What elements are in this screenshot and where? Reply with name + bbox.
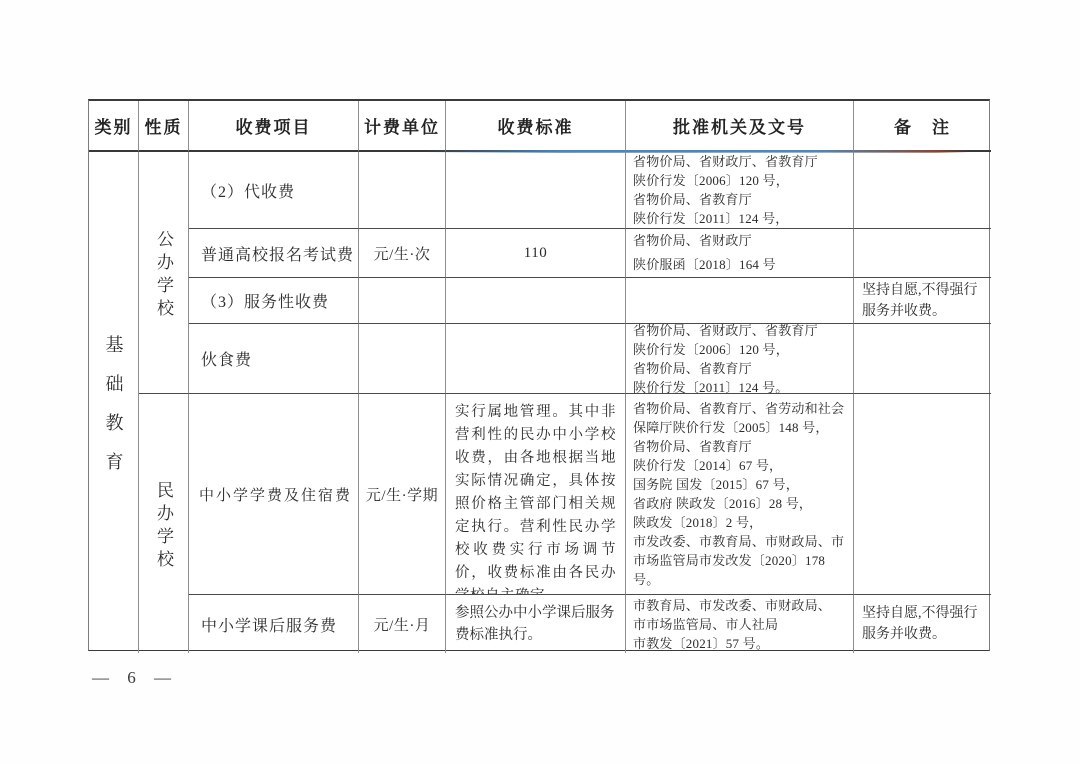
row-item: （3）服务性收费 xyxy=(189,278,359,324)
nature-public-cell: 公办学校 xyxy=(139,152,189,394)
row-authority: 省物价局、省财政厅 陕价服函〔2018〕164 号 xyxy=(626,229,854,278)
header-item: 收费项目 xyxy=(189,101,359,152)
nature-private-label: 民办学校 xyxy=(151,481,176,573)
row-remark: 坚持自愿,不得强行服务并收费。 xyxy=(854,595,991,653)
row-item: 伙食费 xyxy=(189,324,359,394)
header-unit: 计费单位 xyxy=(359,101,446,152)
row-remark: 坚持自愿,不得强行服务并收费。 xyxy=(854,278,991,324)
row-authority: 省物价局、省财政厅、省教育厅 陕价行发〔2006〕120 号， 省物价局、省教育… xyxy=(626,324,854,394)
header-category: 类别 xyxy=(89,101,139,152)
nature-private-cell: 民办学校 xyxy=(139,394,189,653)
row-item: （2）代收费 xyxy=(189,152,359,229)
header-nature: 性质 xyxy=(139,101,189,152)
row-remark xyxy=(854,229,991,278)
row-remark xyxy=(854,394,991,595)
row-unit xyxy=(359,152,446,229)
nature-public-label: 公办学校 xyxy=(151,230,176,322)
row-unit: 元/生·月 xyxy=(359,595,446,653)
row-standard: 参照公办中小学课后服务费标准执行。 xyxy=(446,595,626,653)
row-standard: 110 xyxy=(446,229,626,278)
category-label: 基础教育 xyxy=(101,335,127,491)
fee-schedule-table: 类别 性质 收费项目 计费单位 收费标准 批准机关及文号 备 注 基础教育 公办… xyxy=(88,99,990,651)
row-remark xyxy=(854,324,991,394)
row-unit: 元/生·次 xyxy=(359,229,446,278)
row-authority: 市教育局、市发改委、市财政局、 市市场监管局、市人社局 市教发〔2021〕57 … xyxy=(626,595,854,653)
row-standard xyxy=(446,324,626,394)
header-remark: 备 注 xyxy=(854,101,991,152)
row-authority: 省物价局、省教育厅、省劳动和社会 保障厅陕价行发〔2005〕148 号， 省物价… xyxy=(626,394,854,595)
row-standard: 实行属地管理。其中非营利性的民办中小学校收费，由各地根据当地实际情况确定，具体按… xyxy=(446,394,626,595)
row-item: 普通高校报名考试费 xyxy=(189,229,359,278)
row-item: 中小学学费及住宿费 xyxy=(189,394,359,595)
row-standard xyxy=(446,152,626,229)
row-unit: 元/生·学期 xyxy=(359,394,446,595)
scanned-page: 类别 性质 收费项目 计费单位 收费标准 批准机关及文号 备 注 基础教育 公办… xyxy=(0,0,1080,764)
row-unit xyxy=(359,324,446,394)
header-standard: 收费标准 xyxy=(446,101,626,152)
row-item: 中小学课后服务费 xyxy=(189,595,359,653)
row-authority xyxy=(626,278,854,324)
row-remark xyxy=(854,152,991,229)
page-number: — 6 — xyxy=(92,668,178,688)
header-authority: 批准机关及文号 xyxy=(626,101,854,152)
category-cell: 基础教育 xyxy=(89,152,139,653)
row-authority: 省物价局、省财政厅、省教育厅 陕价行发〔2006〕120 号， 省物价局、省教育… xyxy=(626,152,854,229)
row-unit xyxy=(359,278,446,324)
row-standard xyxy=(446,278,626,324)
